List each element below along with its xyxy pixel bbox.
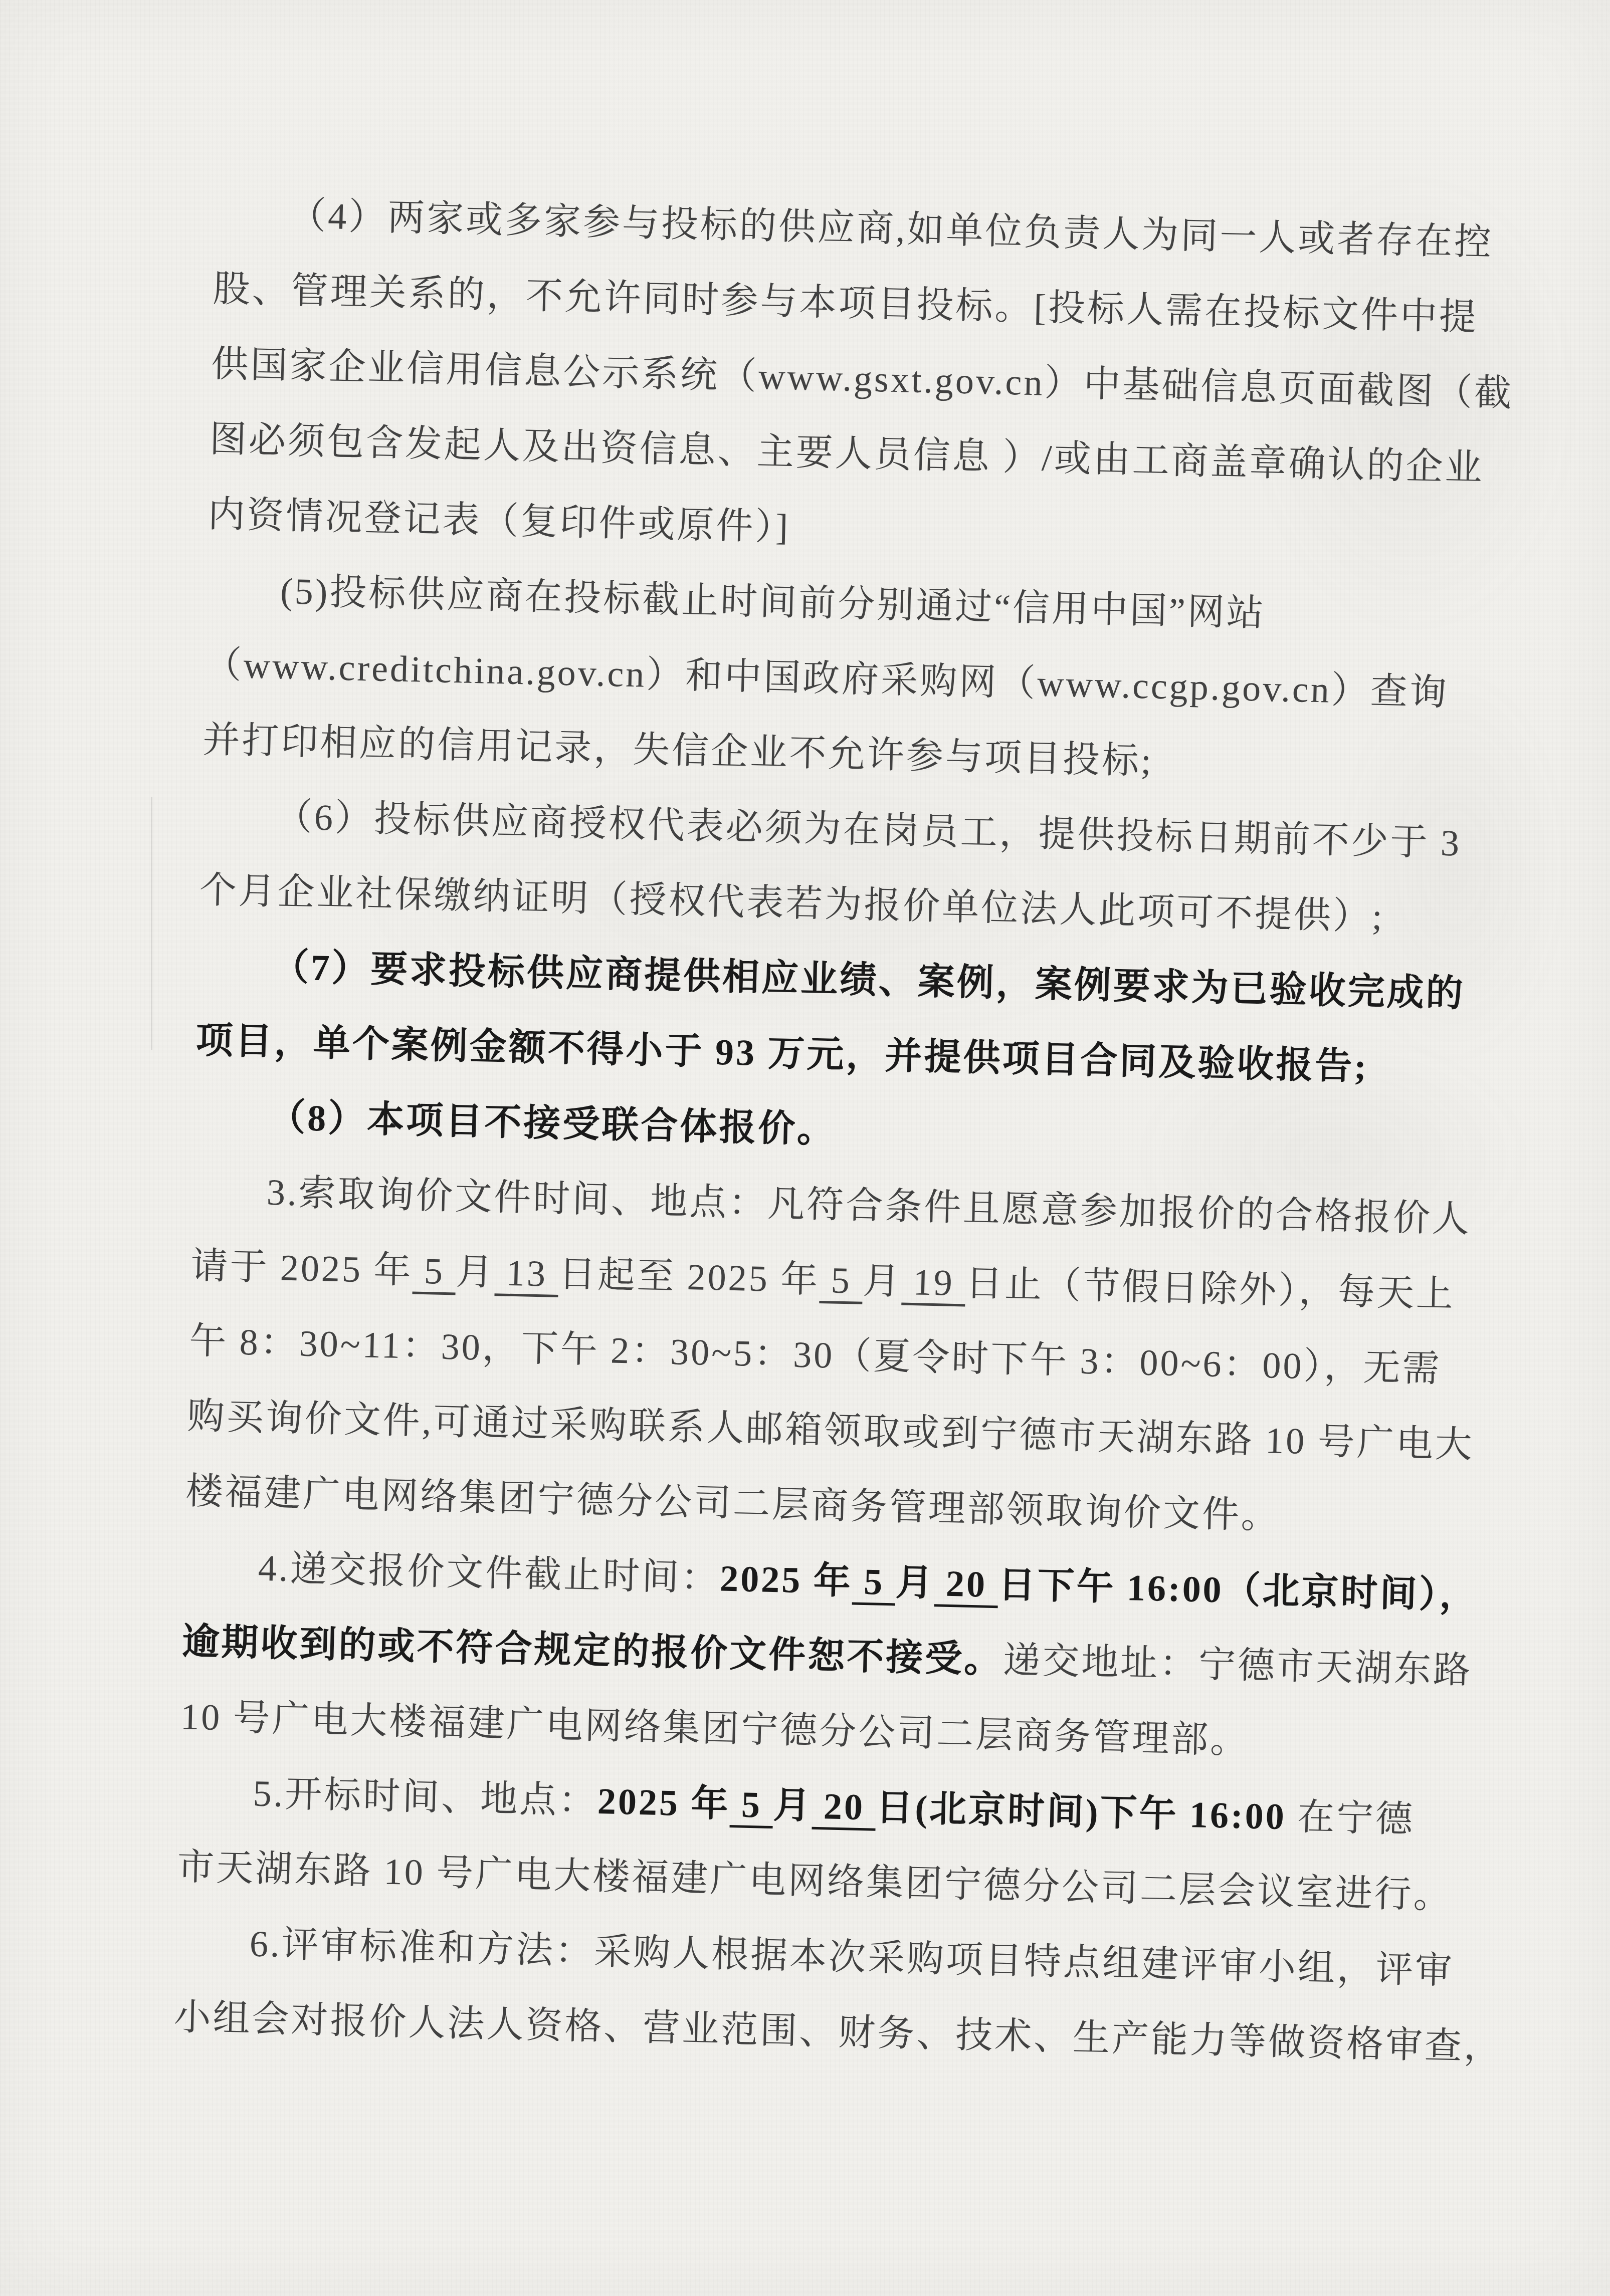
text-segment: （6）投标供应商授权代表必须为在岗员工，提供投标日期前不少于 3 [275, 796, 1462, 864]
text-segment: 6.评审标准和方法：采购人根据本次采购项目特点组建评审小组，评审 [249, 1923, 1455, 1992]
text-segment: 购买询价文件,可通过采购联系人邮箱领取或到宁德市天湖东路 10 号广电大 [187, 1396, 1475, 1466]
text-segment: 并打印相应的信用记录，失信企业不允许参与项目投标; [203, 720, 1154, 782]
text-segment: （www.creditchina.gov.cn）和中国政府采购网（www.ccg… [204, 644, 1449, 714]
paragraph: 4.递交报价文件截止时间：2025 年 5 月 20 日下午 16:00（北京时… [180, 1529, 1478, 1783]
text-segment: 20 [812, 1786, 876, 1831]
text-segment: 日(北京时间)下午 16:00 [876, 1787, 1287, 1838]
text-segment: 月 [862, 1261, 902, 1303]
text-segment: （4）两家或多家参与投标的供应商,如单位负责人为同一人或者存在控 [288, 195, 1494, 264]
document-body: （4）两家或多家参与投标的供应商,如单位负责人为同一人或者存在控股、管理关系的，… [173, 176, 1508, 2085]
text-segment: 10 号广电大楼福建广电网络集团宁德分公司二层商务管理部。 [180, 1696, 1250, 1761]
text-segment: 小组会对报价人法人资格、营业范围、财务、技术、生产能力等做资格审查， [173, 1997, 1503, 2068]
text-segment: 2025 年 [719, 1558, 853, 1602]
text-segment: （8）本项目不接受联合体报价。 [268, 1097, 837, 1151]
text-segment: 内资情况登记表（复印件或原件）] [208, 494, 790, 548]
text-segment: 19 [901, 1262, 966, 1307]
text-segment: 5 [412, 1251, 456, 1295]
text-segment: 月 [456, 1251, 496, 1293]
text-segment: 13 [494, 1252, 559, 1297]
text-segment: 日起至 2025 年 [558, 1254, 821, 1301]
text-segment: (5)投标供应商在投标截止时间前分别通过“信用中国”网站 [280, 571, 1266, 634]
text-segment: 请于 2025 年 [190, 1245, 414, 1291]
text-segment: 5.开标时间、地点： [253, 1773, 598, 1822]
text-segment: （7）要求投标供应商提供相应业绩、案例，案例要求为已验收完成的 [271, 947, 1465, 1015]
text-segment: 2025 年 [597, 1781, 730, 1825]
paragraph: 3.索取询价文件时间、地点：凡符合条件且愿意参加报价的合格报价人请于 2025 … [185, 1153, 1486, 1558]
paragraph: 6.评审标准和方法：采购人根据本次采购项目特点组建评审小组，评审小组会对报价人法… [173, 1905, 1469, 2084]
text-segment: 5 [730, 1784, 774, 1828]
scan-artifact-line [151, 797, 152, 1050]
text-segment: 项目，单个案例金额不得小于 93 万元，并提供项目合同及验收报告; [195, 1020, 1369, 1088]
text-segment: 月 [773, 1785, 813, 1827]
paragraph: （6）投标供应商授权代表必须为在岗员工，提供投标日期前不少于 3个月企业社保缴纳… [198, 778, 1495, 957]
paragraph: (5)投标供应商在投标截止时间前分别通过“信用中国”网站（www.creditc… [202, 552, 1500, 807]
text-segment: 午 8：30~11：30，下午 2：30~5：30（夏令时下午 3：00~6：0… [188, 1320, 1442, 1390]
text-segment: 5 [852, 1561, 896, 1606]
text-segment: 供国家企业信用信息公示系统（www.gsxt.gov.cn）中基础信息页面截图（… [211, 344, 1514, 414]
paragraph: 5.开标时间、地点：2025 年 5 月 20 日(北京时间)下午 16:00 … [176, 1754, 1473, 1934]
scanned-page: （4）两家或多家参与投标的供应商,如单位负责人为同一人或者存在控股、管理关系的，… [0, 0, 1610, 2296]
text-segment: 月 [895, 1562, 935, 1604]
text-segment: 在宁德 [1286, 1796, 1415, 1841]
text-segment: 市天湖东路 10 号广电大楼福建广电网络集团宁德分公司二层会议室进行。 [177, 1847, 1453, 1917]
text-segment: 楼福建广电网络集团宁德分公司二层商务管理部领取询价文件。 [185, 1471, 1281, 1537]
text-segment: 5 [819, 1260, 863, 1304]
text-segment: 逾期收到的或不符合规定的报价文件恕不接受。 [182, 1621, 1003, 1681]
text-segment: 3.索取询价文件时间、地点：凡符合条件且愿意参加报价的合格报价人 [266, 1172, 1472, 1241]
text-segment: 股、管理关系的，不允许同时参与本项目投标。[投标人需在投标文件中提 [213, 269, 1479, 338]
text-segment: 递交地址：宁德市天湖东路 [1002, 1640, 1473, 1691]
text-segment: 4.递交报价文件截止时间： [258, 1548, 720, 1599]
text-segment: 20 [934, 1563, 999, 1608]
text-segment: 日下午 16:00（北京时间）， [998, 1564, 1479, 1617]
paragraph: （4）两家或多家参与投标的供应商,如单位负责人为同一人或者存在控股、管理关系的，… [207, 176, 1508, 581]
text-segment: 个月企业社保缴纳证明（授权代表若为报价单位法人此项可不提供）; [199, 870, 1385, 938]
paragraph: （7）要求投标供应商提供相应业绩、案例，案例要求为已验收完成的项目，单个案例金额… [195, 928, 1491, 1107]
text-segment: 图必须包含发起人及出资信息、主要人员信息 ）/或由工商盖章确认的企业 [209, 419, 1484, 489]
text-segment: 日止（节假日除外），每天上 [965, 1263, 1456, 1315]
